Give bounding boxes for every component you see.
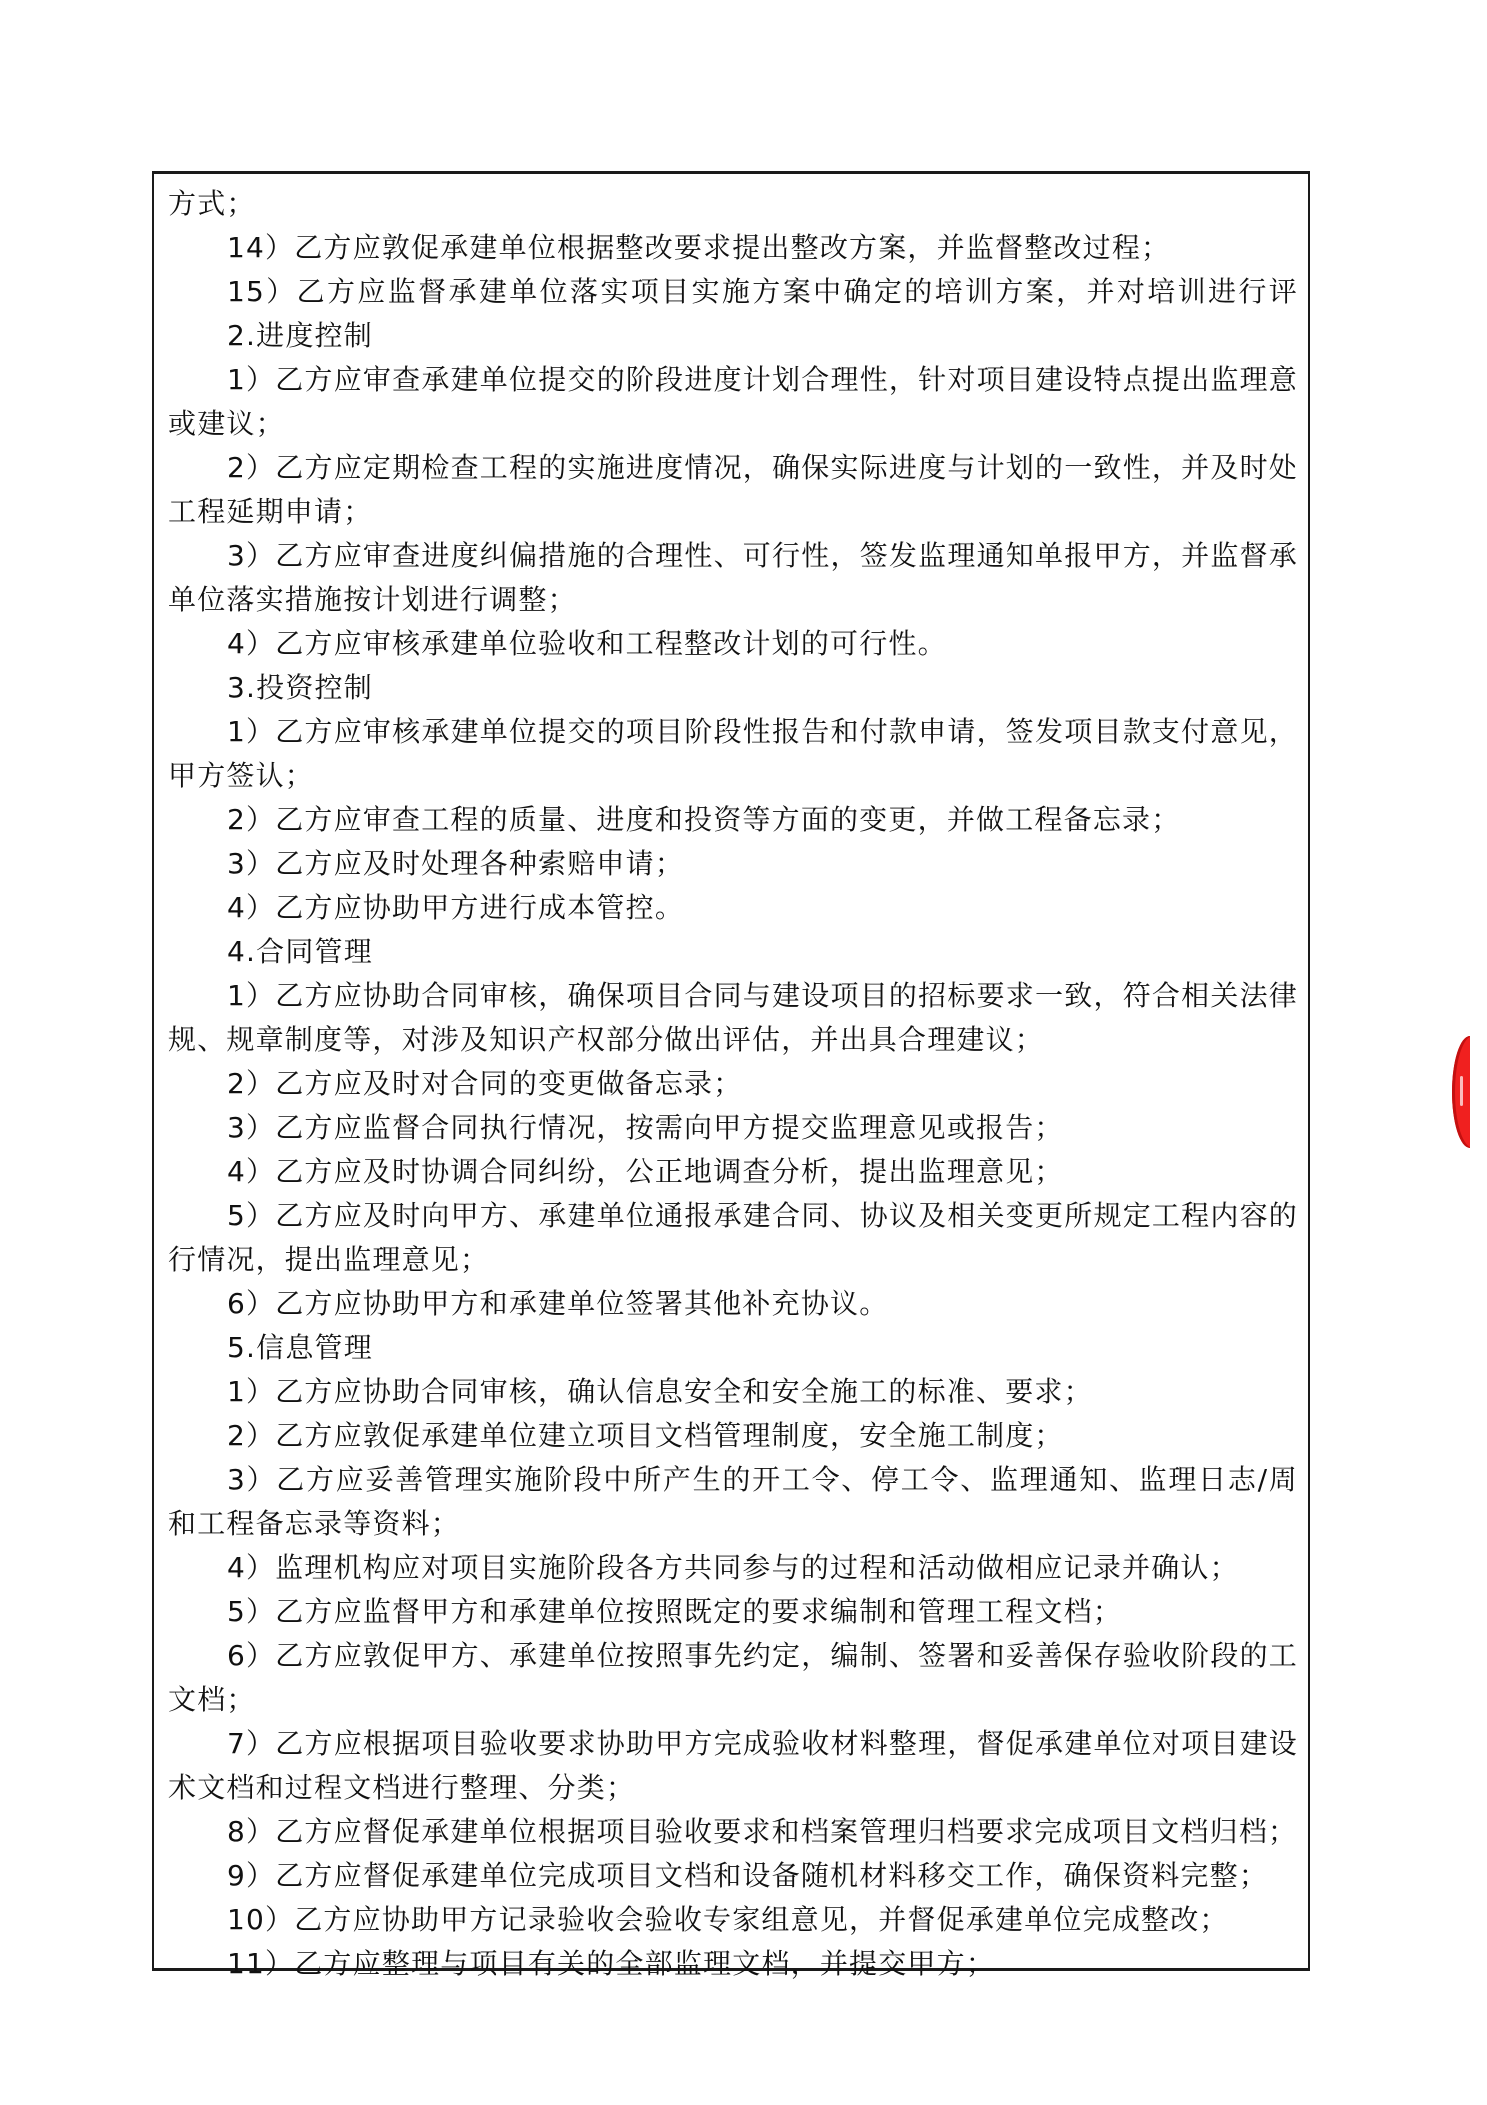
text-line: 2）乙方应及时对合同的变更做备忘录； [168, 1062, 1298, 1106]
text-line: 单位落实措施按计划进行调整； [168, 578, 1298, 622]
text-line: 3）乙方应妥善管理实施阶段中所产生的开工令、停工令、监理通知、监理日志/周报 [168, 1458, 1298, 1502]
text-line: 3）乙方应审查进度纠偏措施的合理性、可行性，签发监理通知单报甲方，并监督承建 [168, 534, 1298, 578]
text-line: 3）乙方应及时处理各种索赔申请； [168, 842, 1298, 886]
text-line: 4）乙方应协助甲方进行成本管控。 [168, 886, 1298, 930]
text-line: 规、规章制度等，对涉及知识产权部分做出评估，并出具合理建议； [168, 1018, 1298, 1062]
text-line: 1）乙方应协助合同审核，确保项目合同与建设项目的招标要求一致，符合相关法律法 [168, 974, 1298, 1018]
text-line: 行情况，提出监理意见； [168, 1238, 1298, 1282]
text-line: 9）乙方应督促承建单位完成项目文档和设备随机材料移交工作，确保资料完整； [168, 1854, 1298, 1898]
section-heading-contract-management: 4.合同管理 [168, 930, 1298, 974]
text-line: 2）乙方应审查工程的质量、进度和投资等方面的变更，并做工程备忘录； [168, 798, 1298, 842]
text-line: 1）乙方应审查承建单位提交的阶段进度计划合理性，针对项目建设特点提出监理意见 [168, 358, 1298, 402]
text-line: 4）监理机构应对项目实施阶段各方共同参与的过程和活动做相应记录并确认； [168, 1546, 1298, 1590]
section-heading-information-management: 5.信息管理 [168, 1326, 1298, 1370]
text-line: 术文档和过程文档进行整理、分类； [168, 1766, 1298, 1810]
text-line: 和工程备忘录等资料； [168, 1502, 1298, 1546]
text-line: 6）乙方应敦促甲方、承建单位按照事先约定，编制、签署和妥善保存验收阶段的工程 [168, 1634, 1298, 1678]
text-line: 或建议； [168, 402, 1298, 446]
text-line: 工程延期申请； [168, 490, 1298, 534]
text-line: 2）乙方应敦促承建单位建立项目文档管理制度，安全施工制度； [168, 1414, 1298, 1458]
text-line: 14）乙方应敦促承建单位根据整改要求提出整改方案，并监督整改过程； [168, 226, 1298, 270]
seal-stamp-fragment [1452, 1036, 1470, 1148]
text-line: 1）乙方应协助合同审核，确认信息安全和安全施工的标准、要求； [168, 1370, 1298, 1414]
section-heading-schedule-control: 2.进度控制 [168, 314, 1298, 358]
text-line: 5）乙方应及时向甲方、承建单位通报承建合同、协议及相关变更所规定工程内容的执 [168, 1194, 1298, 1238]
text-line: 1）乙方应审核承建单位提交的项目阶段性报告和付款申请，签发项目款支付意见，报 [168, 710, 1298, 754]
text-line: 4）乙方应审核承建单位验收和工程整改计划的可行性。 [168, 622, 1298, 666]
text-line: 7）乙方应根据项目验收要求协助甲方完成验收材料整理，督促承建单位对项目建设技 [168, 1722, 1298, 1766]
clause-text-body: 方式； 14）乙方应敦促承建单位根据整改要求提出整改方案，并监督整改过程； 15… [168, 182, 1298, 1986]
text-line: 11）乙方应整理与项目有关的全部监理文档，并提交甲方； [168, 1942, 1298, 1986]
text-line: 15）乙方应监督承建单位落实项目实施方案中确定的培训方案，并对培训进行评估。 [168, 270, 1298, 314]
content-frame: 方式； 14）乙方应敦促承建单位根据整改要求提出整改方案，并监督整改过程； 15… [152, 171, 1310, 1971]
section-heading-investment-control: 3.投资控制 [168, 666, 1298, 710]
text-line: 4）乙方应及时协调合同纠纷，公正地调查分析，提出监理意见； [168, 1150, 1298, 1194]
text-line: 2）乙方应定期检查工程的实施进度情况，确保实际进度与计划的一致性，并及时处理 [168, 446, 1298, 490]
text-line: 方式； [168, 182, 1298, 226]
document-page: 方式； 14）乙方应敦促承建单位根据整改要求提出整改方案，并监督整改过程； 15… [0, 0, 1487, 2105]
text-line: 6）乙方应协助甲方和承建单位签署其他补充协议。 [168, 1282, 1298, 1326]
text-line: 文档； [168, 1678, 1298, 1722]
text-line: 8）乙方应督促承建单位根据项目验收要求和档案管理归档要求完成项目文档归档； [168, 1810, 1298, 1854]
text-line: 5）乙方应监督甲方和承建单位按照既定的要求编制和管理工程文档； [168, 1590, 1298, 1634]
text-line: 10）乙方应协助甲方记录验收会验收专家组意见，并督促承建单位完成整改； [168, 1898, 1298, 1942]
text-line: 3）乙方应监督合同执行情况，按需向甲方提交监理意见或报告； [168, 1106, 1298, 1150]
text-line: 甲方签认； [168, 754, 1298, 798]
